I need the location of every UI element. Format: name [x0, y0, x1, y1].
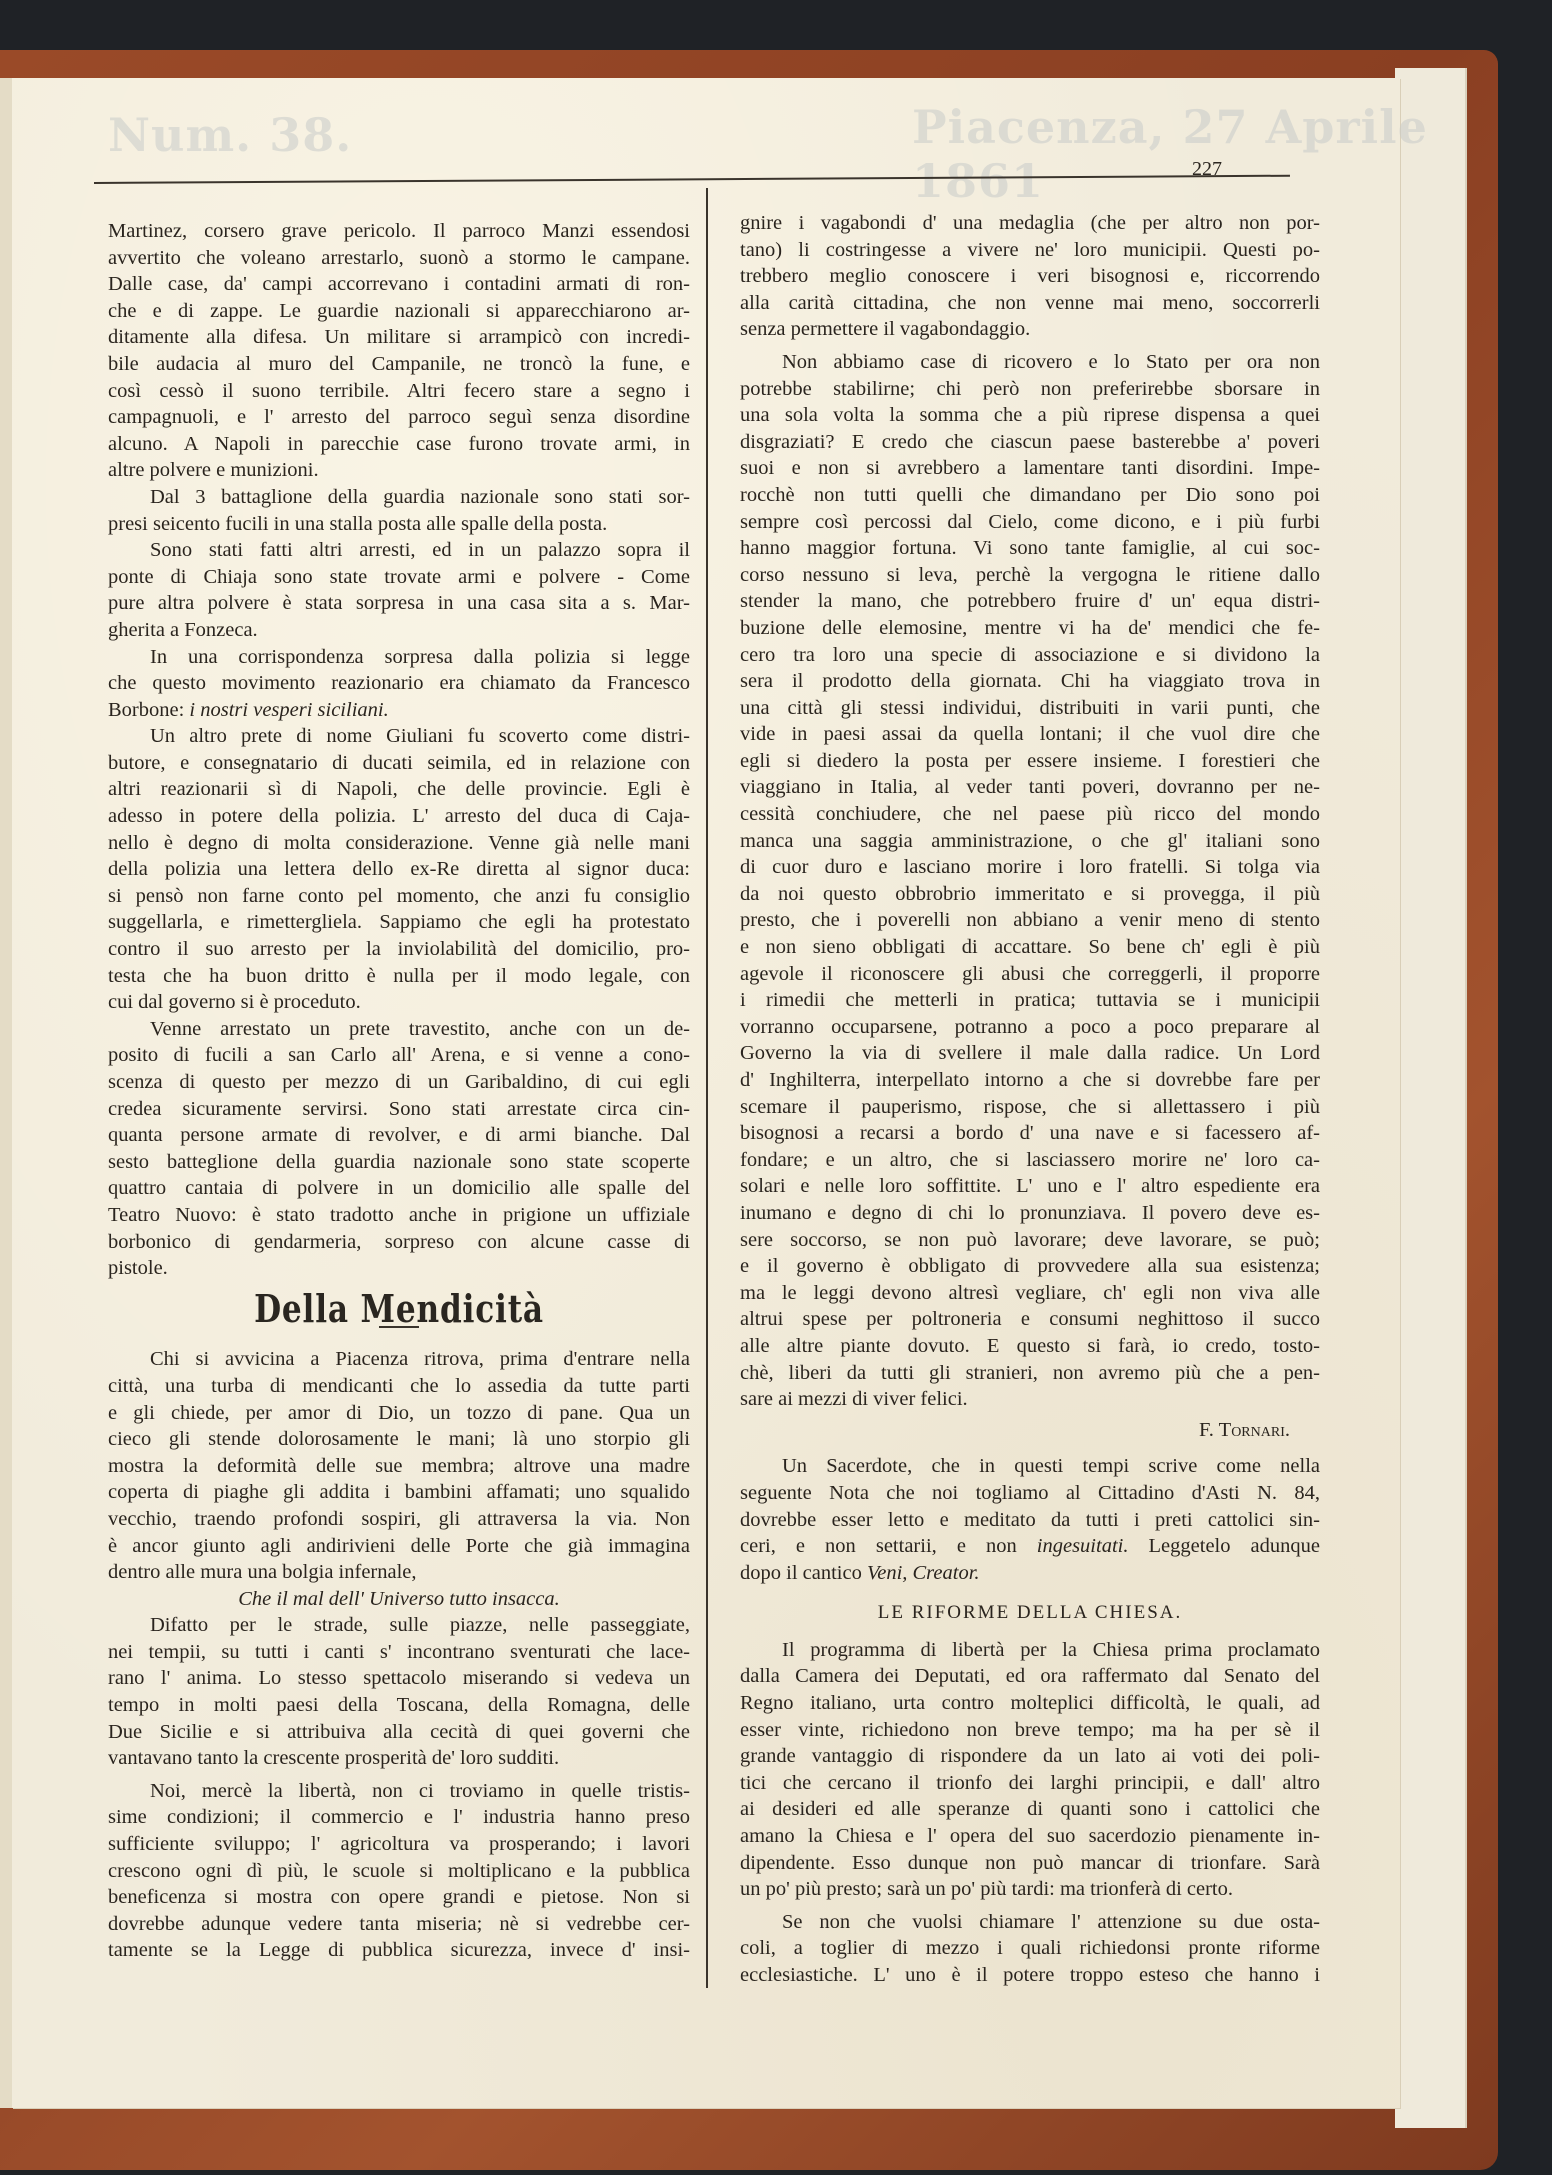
ghost-dateline: Piacenza, 27 Aprile 1861 [912, 100, 1552, 208]
paragraph-line: da noi questo obbrobrio immeritato e si … [740, 881, 1320, 908]
paragraph-line: grande vantaggio di rispondere da un lat… [740, 1743, 1320, 1770]
paragraph-line: butore, e consegnatario di ducati seimil… [108, 750, 690, 777]
paragraph: Dal 3 battaglione della guardia nazional… [108, 484, 690, 537]
paragraph-line: egli si diedero la posta per essere insi… [740, 748, 1320, 775]
paragraph-line: quattro cantaia di polvere in un domicil… [108, 1175, 690, 1202]
paragraph-line: alcuno. A Napoli in parecchie case furon… [108, 431, 690, 458]
paragraph-line: Regno italiano, urta contro molteplici d… [740, 1690, 1320, 1717]
paragraph-line: nei tempii, su tutti i canti s' incontra… [108, 1639, 690, 1666]
paragraph-line: Sono stati fatti altri arresti, ed in un… [108, 537, 690, 564]
paragraph-line: altri reazionarii sì di Napoli, che dell… [108, 776, 690, 803]
paragraph-line: rano l' anima. Lo stesso spettacolo mise… [108, 1665, 690, 1692]
paragraph-line: dovrebbe adunque vedere tanta miseria; n… [108, 1911, 690, 1938]
section-subheading: LE RIFORME DELLA CHIESA. [740, 1600, 1320, 1627]
paragraph-line: nello è degno di molta considerazione. V… [108, 830, 690, 857]
paragraph-line: ai desideri ed alle speranze di quanti s… [740, 1796, 1320, 1823]
page-number: 227 [1192, 158, 1222, 181]
paragraph-line: ma le leggi devono altresì vegliare, ch'… [740, 1280, 1320, 1307]
paragraph-line: altrui spese per poltroneria e consumi n… [740, 1306, 1320, 1333]
paragraph: Sono stati fatti altri arresti, ed in un… [108, 537, 690, 643]
paragraph-line: scemare il pauperismo, rispose, che si a… [740, 1094, 1320, 1121]
paragraph-line: ecclesiastiche. L' uno è il potere tropp… [740, 1962, 1320, 1989]
paragraph-line: posito di fucili a san Carlo all' Arena,… [108, 1042, 690, 1069]
italic-quote: i nostri vesperi siciliani. [189, 699, 388, 721]
column-divider [706, 188, 708, 1988]
paragraph-line: seguente Nota che noi togliamo al Cittad… [740, 1480, 1320, 1507]
verse-quote: Che il mal dell' Universo tutto insacca. [108, 1586, 690, 1613]
paragraph-line: sere soccorso, se non può lavorare; deve… [740, 1227, 1320, 1254]
left-column: Martinez, corsero grave pericolo. Il par… [108, 218, 690, 1964]
paragraph-line: crescono ogni dì più, le scuole si molti… [108, 1858, 690, 1885]
paragraph-line: coperta di piaghe gli addita i bambini a… [108, 1479, 690, 1506]
paragraph-line: ceri, e non settarii, e non ingesuitati.… [740, 1533, 1320, 1560]
paragraph-line: si pensò non farne conto pel momento, ch… [108, 883, 690, 910]
paragraph-line: Se non che vuolsi chiamare l' attenzione… [740, 1909, 1320, 1936]
paragraph-line: dalla Camera dei Deputati, ed ora raffer… [740, 1663, 1320, 1690]
paragraph-line: beneficenza si mostra con opere grandi e… [108, 1884, 690, 1911]
paragraph-line: tempo in molti paesi della Toscana, dell… [108, 1692, 690, 1719]
paragraph-line: disgraziati? E credo che ciascun paese b… [740, 429, 1320, 456]
paragraph: Un Sacerdote, che in questi tempi scrive… [740, 1453, 1320, 1533]
paragraph-line: della polizia una lettera dello ex-Re di… [108, 856, 690, 883]
paragraph-line: stender la mano, che potrebbero fruire d… [740, 588, 1320, 615]
paragraph-line: che questo movimento reazionario era chi… [108, 670, 690, 697]
paragraph-line: suoi e non si avrebbero a lamentare tant… [740, 455, 1320, 482]
paragraph-line: corso nessuno si leva, perchè la vergogn… [740, 562, 1320, 589]
paragraph: Chi si avvicina a Piacenza ritrova, prim… [108, 1346, 690, 1585]
paragraph: Il programma di libertà per la Chiesa pr… [740, 1637, 1320, 1903]
author-signature: F. Tornari. [740, 1417, 1320, 1444]
paragraph-line: vorranno occuparsene, potranno a poco a … [740, 1014, 1320, 1041]
paragraph-line: sufficiente sviluppo; l' agricoltura va … [108, 1831, 690, 1858]
paragraph-line: quanta persone armate di revolver, e di … [108, 1122, 690, 1149]
paragraph-line: pure altra polvere è stata sorpresa in u… [108, 590, 690, 617]
paragraph-line: sesto batteglione della guardia nazional… [108, 1149, 690, 1176]
paragraph-line: potrebbe stabilirne; chi però non prefer… [740, 376, 1320, 403]
back-page-edge [1395, 68, 1467, 2128]
paragraph-line: buzione delle elemosine, mentre vi ha de… [740, 615, 1320, 642]
paragraph-line: trebbero meglio conoscere i veri bisogno… [740, 263, 1320, 290]
paragraph-line: Un altro prete di nome Giuliani fu scove… [108, 723, 690, 750]
paragraph-line: fondare; e un altro, che si lasciassero … [740, 1147, 1320, 1174]
paragraph-line: bisognosi a recarsi a bordo d' una nave … [740, 1120, 1320, 1147]
paragraph-line: dopo il cantico Veni, Creator. [740, 1560, 1320, 1587]
paragraph-line: senza permettere il vagabondaggio. [740, 316, 1320, 343]
paragraph: Un altro prete di nome Giuliani fu scove… [108, 723, 690, 1016]
paragraph-line: Martinez, corsero grave pericolo. Il par… [108, 218, 690, 245]
paragraph-line: agevole il riconoscere gli abusi che cor… [740, 961, 1320, 988]
paragraph-line: dentro alle mura una bolgia infernale, [108, 1559, 690, 1586]
paragraph: Venne arrestato un prete travestito, anc… [108, 1016, 690, 1282]
paragraph-line: Un Sacerdote, che in questi tempi scrive… [740, 1453, 1320, 1480]
paragraph-line: così cessò il suono terribile. Altri fec… [108, 378, 690, 405]
paragraph: Noi, mercè la libertà, non ci troviamo i… [108, 1778, 690, 1964]
paragraph-line: campagnuoli, e l' arresto del parroco se… [108, 404, 690, 431]
paragraph-line: manca una saggia amministrazione, o che … [740, 828, 1320, 855]
paragraph-line: Borbone: i nostri vesperi siciliani. [108, 697, 690, 724]
paragraph-line: vantavano tanto la crescente prosperità … [108, 1745, 690, 1772]
ghost-issue-number: Num. 38. [108, 108, 352, 162]
paragraph-line: cessità conchiudere, che nel paese più r… [740, 801, 1320, 828]
paragraph-line: Noi, mercè la libertà, non ci troviamo i… [108, 1778, 690, 1805]
paragraph-line: Dal 3 battaglione della guardia nazional… [108, 484, 690, 511]
paragraph-line: hanno maggior fortuna. Vi sono tante fam… [740, 535, 1320, 562]
paragraph-line: d' Inghilterra, interpellato intorno a c… [740, 1067, 1320, 1094]
paragraph-line: tamente se la Legge di pubblica sicurezz… [108, 1937, 690, 1964]
paragraph-line: bile audacia al muro del Campanile, ne t… [108, 351, 690, 378]
paragraph-line: amano la Chiesa e l' opera del suo sacer… [740, 1823, 1320, 1850]
paragraph-line: è ancor giunto agli andirivieni delle Po… [108, 1533, 690, 1560]
paragraph-line: credea sicuramente servirsi. Sono stati … [108, 1096, 690, 1123]
paragraph-line: sera il prodotto della giornata. Chi ha … [740, 668, 1320, 695]
paragraph-line: ponte di Chiaja sono state trovate armi … [108, 564, 690, 591]
paragraph-line: Venne arrestato un prete travestito, anc… [108, 1016, 690, 1043]
paragraph-line: coli, a toglier di mezzo i quali richied… [740, 1935, 1320, 1962]
paragraph-line: i rimedii che metterli in pratica; tutta… [740, 987, 1320, 1014]
paragraph: Non abbiamo case di ricovero e lo Stato … [740, 349, 1320, 1413]
paragraph-line: Dalle case, da' campi accorrevano i cont… [108, 271, 690, 298]
paragraph-line: suggellarla, e rimettergliela. Sappiamo … [108, 909, 690, 936]
paragraph-line: cero tra loro una specie di associazione… [740, 642, 1320, 669]
paragraph-line: testa che ha buon dritto è nulla per il … [108, 963, 690, 990]
paragraph-line: Chi si avvicina a Piacenza ritrova, prim… [108, 1346, 690, 1373]
paragraph-line: Governo la via di svellere il male dalla… [740, 1040, 1320, 1067]
paragraph-line: gherita a Fonzeca. [108, 617, 690, 644]
paragraph: In una corrispondenza sorpresa dalla pol… [108, 644, 690, 697]
paragraph-line: Difatto per le strade, sulle piazze, nel… [108, 1612, 690, 1639]
paragraph-line: alle altre piante dovuto. E questo si fa… [740, 1333, 1320, 1360]
paragraph-line: esser vinte, richiedono non breve tempo;… [740, 1717, 1320, 1744]
paragraph-line: sempre così percossi dal Cielo, come dic… [740, 509, 1320, 536]
paragraph-line: Non abbiamo case di ricovero e lo Stato … [740, 349, 1320, 376]
paragraph-line: contro il suo arresto per la inviolabili… [108, 936, 690, 963]
paragraph-line: cui dal governo si è proceduto. [108, 989, 690, 1016]
paragraph: Difatto per le strade, sulle piazze, nel… [108, 1612, 690, 1772]
paragraph: Martinez, corsero grave pericolo. Il par… [108, 218, 690, 484]
paragraph-line: In una corrispondenza sorpresa dalla pol… [108, 644, 690, 671]
paragraph-line: tano) li costringesse a vivere ne' loro … [740, 237, 1320, 264]
paragraph-line: città, una turba di mendicanti che lo as… [108, 1373, 690, 1400]
paragraph-line: vecchio, traendo profondi sospiri, gli a… [108, 1506, 690, 1533]
paragraph-line: un po' più presto; sarà un po' più tardi… [740, 1876, 1320, 1903]
paragraph-line: tici che cercano il trionfo dei larghi p… [740, 1770, 1320, 1797]
paragraph-line: e non sieno obbligati di accattare. So b… [740, 934, 1320, 961]
article-title: Della Mendicità [160, 1296, 637, 1323]
paragraph-line: solari e nelle loro soffittite. L' uno e… [740, 1173, 1320, 1200]
paragraph-line: dipendente. Esso dunque non può mancar d… [740, 1850, 1320, 1877]
paragraph-line: dovrebbe esser letto e meditato da tutti… [740, 1507, 1320, 1534]
paragraph-line: alla carità cittadina, che non venne mai… [740, 290, 1320, 317]
paragraph-line: Due Sicilie e si attribuiva alla cecità … [108, 1719, 690, 1746]
paragraph: Se non che vuolsi chiamare l' attenzione… [740, 1909, 1320, 1989]
paragraph-line: rocchè non tutti quelli che dimandano pe… [740, 482, 1320, 509]
paragraph-line: viaggiano in Italia, al veder tanti pove… [740, 774, 1320, 801]
paragraph-line: e il governo è obbligato di provvedere a… [740, 1253, 1320, 1280]
paragraph-line: Il programma di libertà per la Chiesa pr… [740, 1637, 1320, 1664]
paragraph-line: borbonico di gendarmeria, sorpreso con a… [108, 1229, 690, 1256]
paragraph-line: cieco gli stende dolorosamente le mani; … [108, 1426, 690, 1453]
paragraph-line: altre polvere e munizioni. [108, 457, 690, 484]
paragraph-line: che e di zappe. Le guardie nazionali si … [108, 298, 690, 325]
paragraph-line: pistole. [108, 1255, 690, 1282]
paragraph-line: sare ai mezzi di viver felici. [740, 1386, 1320, 1413]
paragraph-line: mostra la deformità delle sue membra; al… [108, 1453, 690, 1480]
paragraph-line: sime condizioni; il commercio e l' indus… [108, 1804, 690, 1831]
paragraph-line: chè, liberi da tutti gli stranieri, non … [740, 1360, 1320, 1387]
paragraph: gnire i vagabondi d' una medaglia (che p… [740, 210, 1320, 343]
paragraph-line: una sola volta la somma che a più ripres… [740, 402, 1320, 429]
paragraph-line: avvertito che voleano arrestarlo, suonò … [108, 245, 690, 272]
paragraph-line: adesso in potere della polizia. L' arres… [108, 803, 690, 830]
paragraph-line: Teatro Nuovo: è stato tradotto anche in … [108, 1202, 690, 1229]
paragraph-line: inumano e degno di chi lo pronunziava. I… [740, 1200, 1320, 1227]
paragraph-line: di cuor duro e lasciano morire i loro fr… [740, 854, 1320, 881]
paragraph-line: vide in paesi assai da quella lontani; i… [740, 721, 1320, 748]
paragraph-line: scenza di questo per mezzo di un Garibal… [108, 1069, 690, 1096]
paragraph-line: e gli chiede, per amor di Dio, un tozzo … [108, 1400, 690, 1427]
right-column: gnire i vagabondi d' una medaglia (che p… [740, 210, 1320, 1989]
paragraph-line: presto, che i poverelli non abbiano a ve… [740, 907, 1320, 934]
paragraph-line: presi seicento fucili in una stalla post… [108, 511, 690, 538]
paragraph-line: una città gli stessi individui, distribu… [740, 695, 1320, 722]
paragraph-line: gnire i vagabondi d' una medaglia (che p… [740, 210, 1320, 237]
paragraph-line: ditamente alla difesa. Un militare si ar… [108, 324, 690, 351]
